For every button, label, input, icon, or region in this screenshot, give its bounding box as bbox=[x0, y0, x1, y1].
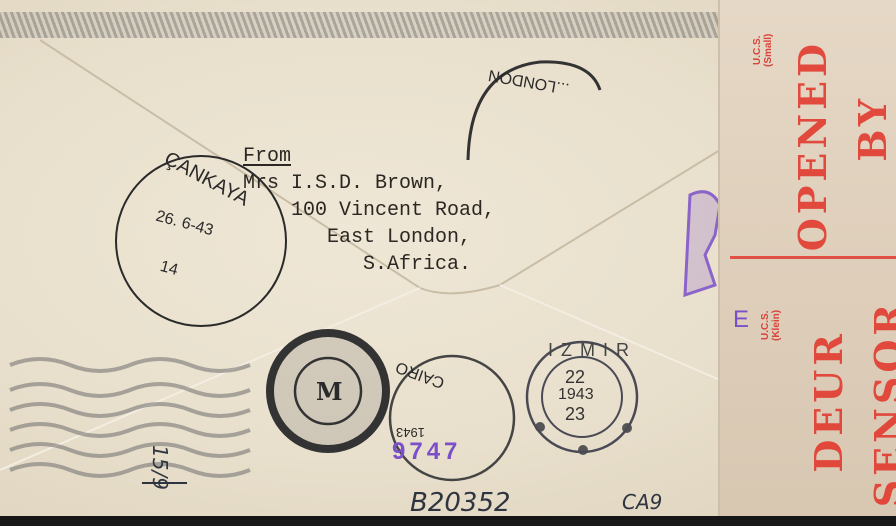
izmir-town: IZMIR bbox=[548, 340, 637, 361]
pencil-reference: B20352 bbox=[410, 488, 511, 518]
from-label: From bbox=[243, 143, 495, 170]
izmir-hour: 23 bbox=[565, 404, 585, 425]
izmir-year: 1943 bbox=[558, 386, 594, 404]
opened-text: OPENED bbox=[790, 40, 835, 251]
ucs-klein-text: U.C.S. (Klein) bbox=[760, 300, 784, 350]
deur-text: DEUR bbox=[806, 330, 851, 473]
by-text: BY bbox=[850, 95, 895, 162]
scan-bottom-edge bbox=[0, 516, 896, 520]
address-line-2: 100 Vincent Road, bbox=[291, 199, 495, 222]
pencil-code: CA9 bbox=[622, 490, 662, 514]
purple-number: 9747 bbox=[392, 438, 461, 466]
address-line-4: S.Africa. bbox=[363, 253, 471, 276]
izmir-day: 22 bbox=[565, 367, 585, 388]
censorship-m-letter: M bbox=[316, 377, 343, 406]
ink-notation: 15/9 bbox=[148, 445, 172, 490]
address-line-1: Mrs I.S.D. Brown, bbox=[243, 172, 447, 195]
sensor-text: SENSOR bbox=[866, 300, 896, 507]
envelope-back: FromMrs I.S.D. Brown, 100 Vincent Road, … bbox=[0, 0, 896, 520]
censor-letter-e: E bbox=[733, 306, 749, 334]
ucs-small-text: U.C.S. (Small) bbox=[752, 25, 776, 75]
address-line-3: East London, bbox=[327, 226, 471, 249]
censor-label-divider bbox=[730, 256, 896, 259]
